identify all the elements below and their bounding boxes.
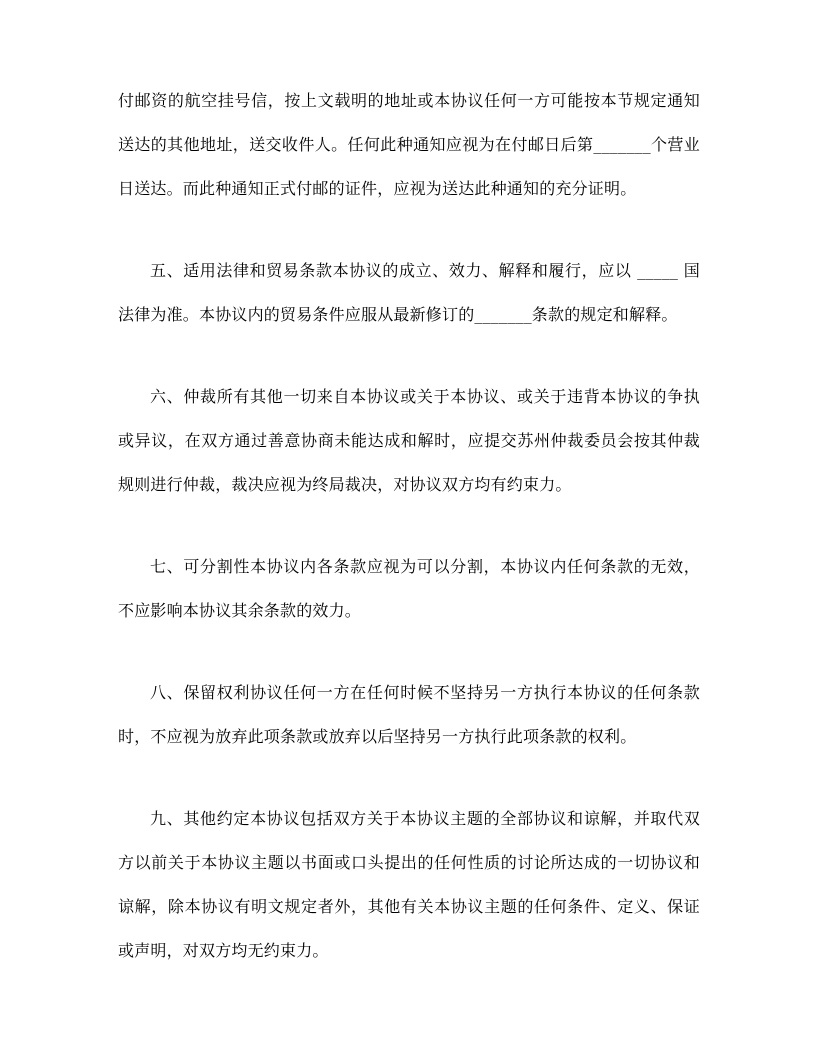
document-page: 付邮资的航空挂号信，按上文载明的地址或本协议任何一方可能按本节规定通知送达的其他… [0, 0, 816, 1056]
clause-7-severability: 七、可分割性本协议内各条款应视为可以分割，本协议内任何条款的无效，不应影响本协议… [118, 545, 700, 633]
clause-notice-continuation: 付邮资的航空挂号信，按上文载明的地址或本协议任何一方可能按本节规定通知送达的其他… [118, 79, 700, 211]
document-body: 付邮资的航空挂号信，按上文载明的地址或本协议任何一方可能按本节规定通知送达的其他… [118, 79, 700, 973]
clause-9-entire-agreement: 九、其他约定本协议包括双方关于本协议主题的全部协议和谅解，并取代双方以前关于本协… [118, 797, 700, 973]
clause-8-reservation-of-rights: 八、保留权利协议任何一方在任何时候不坚持另一方执行本协议的任何条款时，不应视为放… [118, 671, 700, 759]
clause-6-arbitration: 六、仲裁所有其他一切来自本协议或关于本协议、或关于违背本协议的争执或异议，在双方… [118, 375, 700, 507]
clause-5-applicable-law: 五、适用法律和贸易条款本协议的成立、效力、解释和履行，应以 _____ 国法律为… [118, 249, 700, 337]
